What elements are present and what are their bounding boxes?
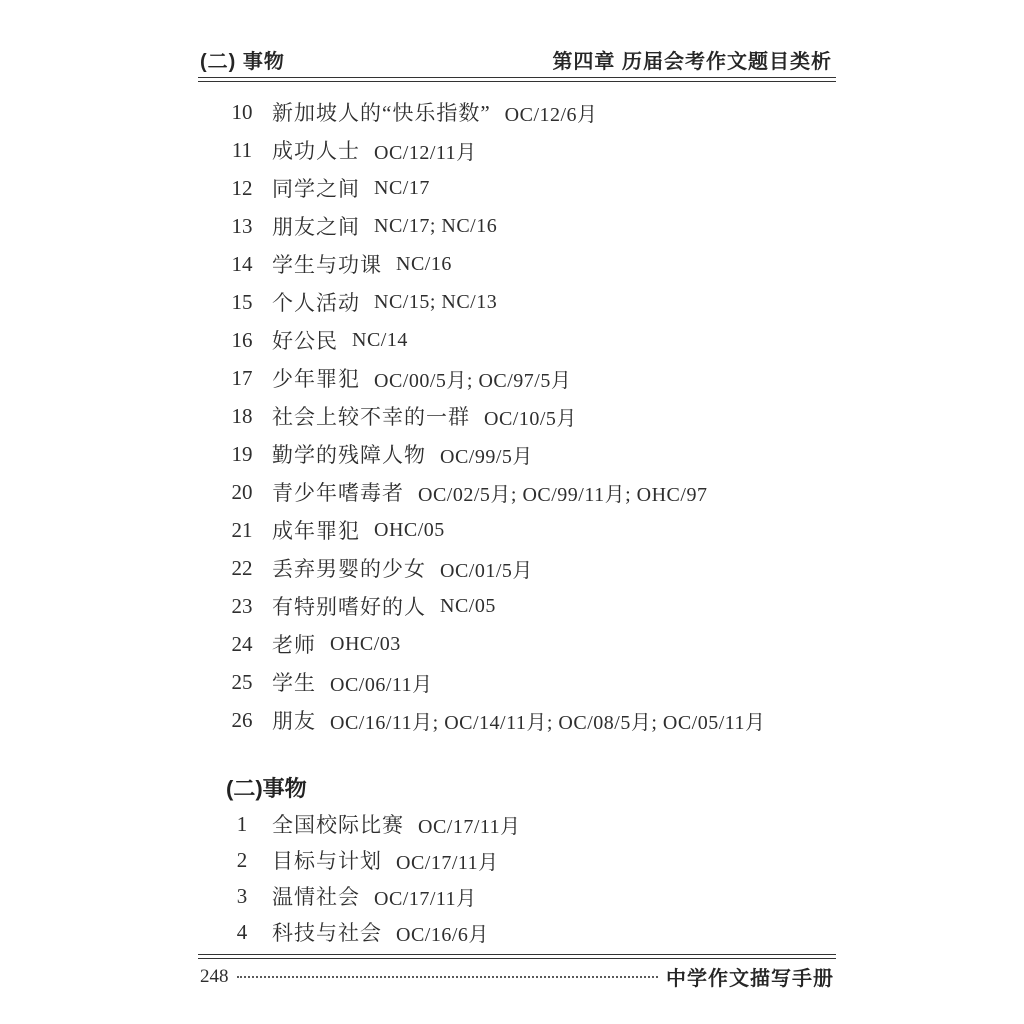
item-title: 个人活动 — [272, 287, 360, 317]
item-title: 丢弃男婴的少女 — [272, 553, 426, 583]
list-item: 17 少年罪犯 OC/00/5月; OC/97/5月 — [200, 359, 840, 397]
header-chapter-title: 第四章 历届会考作文题目类析 — [552, 45, 832, 74]
item-codes: NC/16 — [396, 253, 452, 276]
list-item: 1 全国校际比赛 OC/17/11月 — [200, 806, 840, 842]
item-codes: OC/16/11月; OC/14/11月; OC/08/5月; OC/05/11… — [330, 706, 766, 735]
list-item: 10 新加坡人的“快乐指数” OC/12/6月 — [200, 93, 840, 131]
item-codes: OHC/03 — [330, 633, 401, 656]
item-codes: OC/06/11月 — [330, 668, 433, 697]
item-title: 同学之间 — [272, 173, 360, 203]
item-title: 目标与计划 — [272, 845, 382, 875]
list-item: 16 好公民 NC/14 — [200, 321, 840, 359]
item-title: 成年罪犯 — [272, 515, 360, 545]
item-title: 有特别嗜好的人 — [272, 591, 426, 621]
list-item: 19 勤学的残障人物 OC/99/5月 — [200, 435, 840, 473]
item-number: 22 — [224, 556, 260, 581]
header-section-label: (二) 事物 — [200, 45, 285, 74]
item-number: 21 — [224, 518, 260, 543]
continued-topic-list: 10 新加坡人的“快乐指数” OC/12/6月 11 成功人士 OC/12/11… — [200, 93, 840, 739]
page-number: 248 — [200, 966, 229, 988]
item-title: 学生 — [272, 667, 316, 697]
item-number: 23 — [224, 594, 260, 619]
item-title: 老师 — [272, 629, 316, 659]
item-number: 1 — [224, 812, 260, 837]
list-item: 20 青少年嗜毒者 OC/02/5月; OC/99/11月; OHC/97 — [200, 473, 840, 511]
item-number: 18 — [224, 404, 260, 429]
list-item: 11 成功人士 OC/12/11月 — [200, 131, 840, 169]
item-codes: OC/12/11月 — [374, 136, 477, 165]
list-item: 25 学生 OC/06/11月 — [200, 663, 840, 701]
item-title: 好公民 — [272, 325, 338, 355]
list-item: 3 温情社会 OC/17/11月 — [200, 878, 840, 914]
item-number: 26 — [224, 708, 260, 733]
page-header: (二) 事物 第四章 历届会考作文题目类析 — [200, 45, 832, 74]
item-codes: OC/17/11月 — [374, 882, 477, 911]
item-number: 13 — [224, 214, 260, 239]
item-title: 全国校际比赛 — [272, 809, 404, 839]
item-title: 社会上较不幸的一群 — [272, 401, 470, 431]
footer-rule — [198, 954, 836, 959]
page-footer: 248 中学作文描写手册 — [200, 962, 834, 991]
list-item: 23 有特别嗜好的人 NC/05 — [200, 587, 840, 625]
item-codes: OC/02/5月; OC/99/11月; OHC/97 — [418, 478, 707, 507]
item-number: 2 — [224, 848, 260, 873]
list-item: 22 丢弃男婴的少女 OC/01/5月 — [200, 549, 840, 587]
item-number: 20 — [224, 480, 260, 505]
section-topic-list: 1 全国校际比赛 OC/17/11月 2 目标与计划 OC/17/11月 3 温… — [200, 806, 840, 950]
item-codes: OC/12/6月 — [505, 98, 598, 127]
item-title: 成功人士 — [272, 135, 360, 165]
item-codes: NC/05 — [440, 595, 496, 618]
item-number: 10 — [224, 100, 260, 125]
item-number: 17 — [224, 366, 260, 391]
item-codes: NC/15; NC/13 — [374, 291, 497, 314]
item-codes: OC/16/6月 — [396, 918, 489, 947]
book-title: 中学作文描写手册 — [666, 962, 834, 991]
item-codes: OC/01/5月 — [440, 554, 533, 583]
item-codes: OC/99/5月 — [440, 440, 533, 469]
item-title: 勤学的残障人物 — [272, 439, 426, 469]
list-item: 15 个人活动 NC/15; NC/13 — [200, 283, 840, 321]
item-title: 新加坡人的“快乐指数” — [272, 97, 491, 127]
item-codes: OHC/05 — [374, 519, 445, 542]
dot-leader — [237, 976, 659, 978]
item-title: 温情社会 — [272, 881, 360, 911]
item-codes: NC/14 — [352, 329, 408, 352]
item-codes: OC/17/11月 — [396, 846, 499, 875]
list-item: 24 老师 OHC/03 — [200, 625, 840, 663]
item-title: 朋友 — [272, 705, 316, 735]
item-title: 少年罪犯 — [272, 363, 360, 393]
list-item: 18 社会上较不幸的一群 OC/10/5月 — [200, 397, 840, 435]
item-number: 11 — [224, 138, 260, 163]
item-title: 朋友之间 — [272, 211, 360, 241]
list-item: 21 成年罪犯 OHC/05 — [200, 511, 840, 549]
list-item: 14 学生与功课 NC/16 — [200, 245, 840, 283]
item-number: 16 — [224, 328, 260, 353]
item-number: 25 — [224, 670, 260, 695]
item-title: 科技与社会 — [272, 917, 382, 947]
list-item: 4 科技与社会 OC/16/6月 — [200, 914, 840, 950]
section-heading: (二)事物 — [226, 772, 307, 803]
item-codes: OC/10/5月 — [484, 402, 577, 431]
item-number: 24 — [224, 632, 260, 657]
item-number: 14 — [224, 252, 260, 277]
item-number: 12 — [224, 176, 260, 201]
item-title: 学生与功课 — [272, 249, 382, 279]
book-page: (二) 事物 第四章 历届会考作文题目类析 10 新加坡人的“快乐指数” OC/… — [0, 0, 1024, 1024]
item-number: 15 — [224, 290, 260, 315]
list-item: 12 同学之间 NC/17 — [200, 169, 840, 207]
item-codes: NC/17; NC/16 — [374, 215, 497, 238]
list-item: 2 目标与计划 OC/17/11月 — [200, 842, 840, 878]
header-rule — [198, 77, 836, 82]
item-number: 4 — [224, 920, 260, 945]
item-number: 19 — [224, 442, 260, 467]
item-codes: NC/17 — [374, 177, 430, 200]
list-item: 26 朋友 OC/16/11月; OC/14/11月; OC/08/5月; OC… — [200, 701, 840, 739]
item-codes: OC/17/11月 — [418, 810, 521, 839]
item-title: 青少年嗜毒者 — [272, 477, 404, 507]
item-number: 3 — [224, 884, 260, 909]
item-codes: OC/00/5月; OC/97/5月 — [374, 364, 571, 393]
list-item: 13 朋友之间 NC/17; NC/16 — [200, 207, 840, 245]
